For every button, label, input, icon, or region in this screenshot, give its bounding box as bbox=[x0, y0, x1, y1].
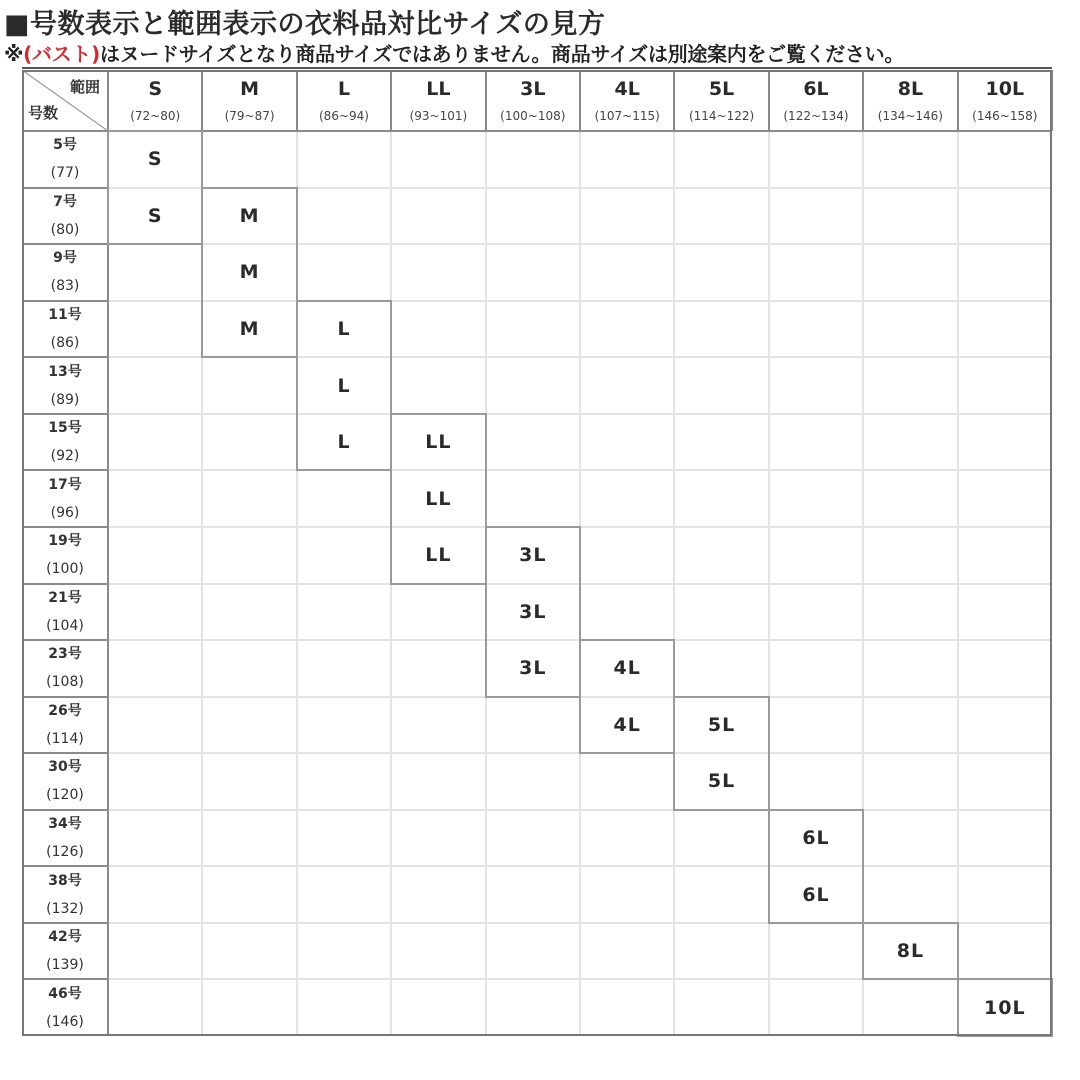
size-comparison-table: 範囲号数S(72~80)M(79~87)L(86~94)LL(93~101)3L… bbox=[22, 70, 1052, 1036]
size-cell: M bbox=[202, 301, 296, 358]
column-size-label: 4L bbox=[615, 78, 640, 100]
size-value: 3L bbox=[519, 601, 546, 623]
column-size-label: 10L bbox=[986, 78, 1025, 100]
row-label-divider bbox=[22, 356, 108, 358]
column-size-label: 8L bbox=[898, 78, 923, 100]
row-label: 19号(100) bbox=[22, 527, 108, 584]
size-cell: 3L bbox=[486, 527, 580, 584]
header-divider bbox=[957, 70, 959, 131]
row-label-divider bbox=[22, 752, 108, 754]
size-value: 3L bbox=[519, 657, 546, 679]
column-header: L(86~94) bbox=[297, 70, 391, 131]
size-cell: L bbox=[297, 357, 391, 414]
size-cell: 5L bbox=[674, 697, 768, 754]
row-bust-label: (120) bbox=[46, 786, 84, 804]
header-divider bbox=[201, 70, 203, 131]
grid-line bbox=[108, 413, 1052, 415]
row-label-divider bbox=[22, 639, 108, 641]
size-cell: 4L bbox=[580, 697, 674, 754]
row-bust-label: (83) bbox=[51, 277, 80, 295]
row-bust-label: (96) bbox=[51, 504, 80, 522]
size-value: 5L bbox=[708, 714, 735, 736]
column-range-label: (100~108) bbox=[500, 108, 565, 124]
row-bust-label: (132) bbox=[46, 900, 84, 918]
grid-line bbox=[108, 865, 1052, 867]
size-cell: L bbox=[297, 414, 391, 471]
header-divider bbox=[1051, 70, 1053, 131]
row-label-divider bbox=[22, 526, 108, 528]
row-label-divider bbox=[22, 583, 108, 585]
row-gousu-label: 30号 bbox=[48, 758, 81, 776]
size-value: 4L bbox=[614, 657, 641, 679]
header-divider bbox=[390, 70, 392, 131]
column-size-label: 6L bbox=[803, 78, 828, 100]
row-label: 38号(132) bbox=[22, 866, 108, 923]
row-label: 13号(89) bbox=[22, 357, 108, 414]
column-size-label: LL bbox=[426, 78, 450, 100]
row-label: 7号(80) bbox=[22, 188, 108, 245]
column-range-label: (107~115) bbox=[595, 108, 660, 124]
row-label: 23号(108) bbox=[22, 640, 108, 697]
size-value: M bbox=[240, 205, 260, 227]
row-bust-label: (146) bbox=[46, 1013, 84, 1031]
size-cell: 8L bbox=[863, 923, 957, 980]
column-size-label: S bbox=[148, 78, 162, 100]
note-highlight-bust: (バスト) bbox=[23, 42, 100, 66]
row-gousu-label: 17号 bbox=[48, 476, 81, 494]
note-text: はヌードサイズとなり商品サイズではありません。商品サイズは別途案内をご覧ください… bbox=[100, 42, 904, 66]
row-label-divider bbox=[22, 187, 108, 189]
row-label: 9号(83) bbox=[22, 244, 108, 301]
row-gousu-label: 13号 bbox=[48, 363, 81, 381]
row-label-divider bbox=[22, 978, 108, 980]
row-label: 26号(114) bbox=[22, 697, 108, 754]
row-bust-label: (80) bbox=[51, 221, 80, 239]
size-cell: S bbox=[108, 188, 202, 245]
grid-line bbox=[108, 583, 1052, 585]
row-bust-label: (104) bbox=[46, 617, 84, 635]
size-cell: 10L bbox=[958, 979, 1052, 1036]
size-value: LL bbox=[425, 488, 451, 510]
corner-cell: 範囲号数 bbox=[22, 70, 108, 131]
size-value: 8L bbox=[897, 940, 924, 962]
size-value: S bbox=[148, 205, 163, 227]
size-cell: L bbox=[297, 301, 391, 358]
row-bust-label: (126) bbox=[46, 843, 84, 861]
size-cell: 3L bbox=[486, 584, 580, 641]
row-bust-label: (92) bbox=[51, 447, 80, 465]
row-bust-label: (86) bbox=[51, 334, 80, 352]
size-cell: M bbox=[202, 188, 296, 245]
column-size-label: L bbox=[338, 78, 350, 100]
column-size-label: 5L bbox=[709, 78, 734, 100]
row-gousu-label: 7号 bbox=[53, 193, 77, 211]
row-gousu-label: 5号 bbox=[53, 136, 77, 154]
row-gousu-label: 42号 bbox=[48, 928, 81, 946]
column-range-label: (79~87) bbox=[225, 108, 275, 124]
row-label-divider bbox=[22, 922, 108, 924]
size-cell: S bbox=[108, 131, 202, 188]
column-header: 4L(107~115) bbox=[580, 70, 674, 131]
row-label: 15号(92) bbox=[22, 414, 108, 471]
header-divider bbox=[768, 70, 770, 131]
size-value: M bbox=[240, 318, 260, 340]
row-label-divider bbox=[22, 243, 108, 245]
row-label: 34号(126) bbox=[22, 810, 108, 867]
size-cell: M bbox=[202, 244, 296, 301]
column-range-label: (93~101) bbox=[410, 108, 468, 124]
column-range-label: (146~158) bbox=[972, 108, 1037, 124]
row-gousu-label: 15号 bbox=[48, 419, 81, 437]
size-value: M bbox=[240, 261, 260, 283]
header-divider bbox=[485, 70, 487, 131]
row-bust-label: (139) bbox=[46, 956, 84, 974]
row-gousu-label: 21号 bbox=[48, 589, 81, 607]
row-label: 21号(104) bbox=[22, 584, 108, 641]
size-value: L bbox=[337, 318, 350, 340]
row-label-divider bbox=[22, 469, 108, 471]
size-cell: LL bbox=[391, 470, 485, 527]
size-value: LL bbox=[425, 544, 451, 566]
size-cell: 4L bbox=[580, 640, 674, 697]
column-header: 6L(122~134) bbox=[769, 70, 863, 131]
column-range-label: (72~80) bbox=[130, 108, 180, 124]
column-range-label: (86~94) bbox=[319, 108, 369, 124]
header-divider bbox=[673, 70, 675, 131]
row-label-divider bbox=[22, 696, 108, 698]
row-gousu-label: 11号 bbox=[48, 306, 81, 324]
grid-line bbox=[108, 469, 1052, 471]
page-title: ■号数表示と範囲表示の衣料品対比サイズの見方 bbox=[4, 2, 605, 41]
size-value: 4L bbox=[614, 714, 641, 736]
row-gousu-label: 38号 bbox=[48, 872, 81, 890]
row-label-divider bbox=[22, 413, 108, 415]
row-label: 5号(77) bbox=[22, 131, 108, 188]
column-range-label: (134~146) bbox=[878, 108, 943, 124]
column-header: M(79~87) bbox=[202, 70, 296, 131]
corner-range-label: 範囲 bbox=[70, 76, 100, 97]
corner-gousu-label: 号数 bbox=[28, 102, 58, 123]
column-header: 8L(134~146) bbox=[863, 70, 957, 131]
size-cell: LL bbox=[391, 527, 485, 584]
size-value: 6L bbox=[802, 827, 829, 849]
note-prefix: ※ bbox=[4, 42, 23, 66]
size-value: S bbox=[148, 148, 163, 170]
column-range-label: (122~134) bbox=[783, 108, 848, 124]
column-header: LL(93~101) bbox=[391, 70, 485, 131]
size-value: 3L bbox=[519, 544, 546, 566]
row-label: 17号(96) bbox=[22, 470, 108, 527]
header-divider bbox=[579, 70, 581, 131]
row-gousu-label: 23号 bbox=[48, 645, 81, 663]
row-label: 11号(86) bbox=[22, 301, 108, 358]
size-value: L bbox=[337, 431, 350, 453]
size-cell: 3L bbox=[486, 640, 580, 697]
row-bust-label: (100) bbox=[46, 560, 84, 578]
grid-line bbox=[108, 809, 1052, 811]
header-divider bbox=[862, 70, 864, 131]
column-header: 3L(100~108) bbox=[486, 70, 580, 131]
row-gousu-label: 9号 bbox=[53, 249, 77, 267]
size-cell: LL bbox=[391, 414, 485, 471]
column-header: 10L(146~158) bbox=[958, 70, 1052, 131]
row-gousu-label: 19号 bbox=[48, 532, 81, 550]
row-label-divider bbox=[22, 300, 108, 302]
column-range-label: (114~122) bbox=[689, 108, 754, 124]
column-header: 5L(114~122) bbox=[674, 70, 768, 131]
size-value: 5L bbox=[708, 770, 735, 792]
size-cell: 6L bbox=[769, 866, 863, 923]
row-bust-label: (89) bbox=[51, 391, 80, 409]
note-divider bbox=[22, 67, 1052, 69]
row-gousu-label: 46号 bbox=[48, 985, 81, 1003]
size-value: L bbox=[337, 375, 350, 397]
row-label: 42号(139) bbox=[22, 923, 108, 980]
grid-line bbox=[108, 526, 1052, 528]
column-header: S(72~80) bbox=[108, 70, 202, 131]
row-label-divider bbox=[22, 865, 108, 867]
row-gousu-label: 34号 bbox=[48, 815, 81, 833]
size-value: 10L bbox=[984, 997, 1026, 1019]
size-cell: 5L bbox=[674, 753, 768, 810]
row-label: 46号(146) bbox=[22, 979, 108, 1036]
column-size-label: 3L bbox=[520, 78, 545, 100]
size-value: LL bbox=[425, 431, 451, 453]
row-bust-label: (114) bbox=[46, 730, 84, 748]
row-bust-label: (77) bbox=[51, 164, 80, 182]
size-value: 6L bbox=[802, 884, 829, 906]
column-size-label: M bbox=[240, 78, 259, 100]
row-gousu-label: 26号 bbox=[48, 702, 81, 720]
row-label-divider bbox=[22, 809, 108, 811]
header-divider bbox=[296, 70, 298, 131]
size-cell: 6L bbox=[769, 810, 863, 867]
header-divider bbox=[107, 70, 109, 131]
bust-note: ※(バスト)はヌードサイズとなり商品サイズではありません。商品サイズは別途案内を… bbox=[4, 38, 904, 67]
row-label: 30号(120) bbox=[22, 753, 108, 810]
row-bust-label: (108) bbox=[46, 673, 84, 691]
